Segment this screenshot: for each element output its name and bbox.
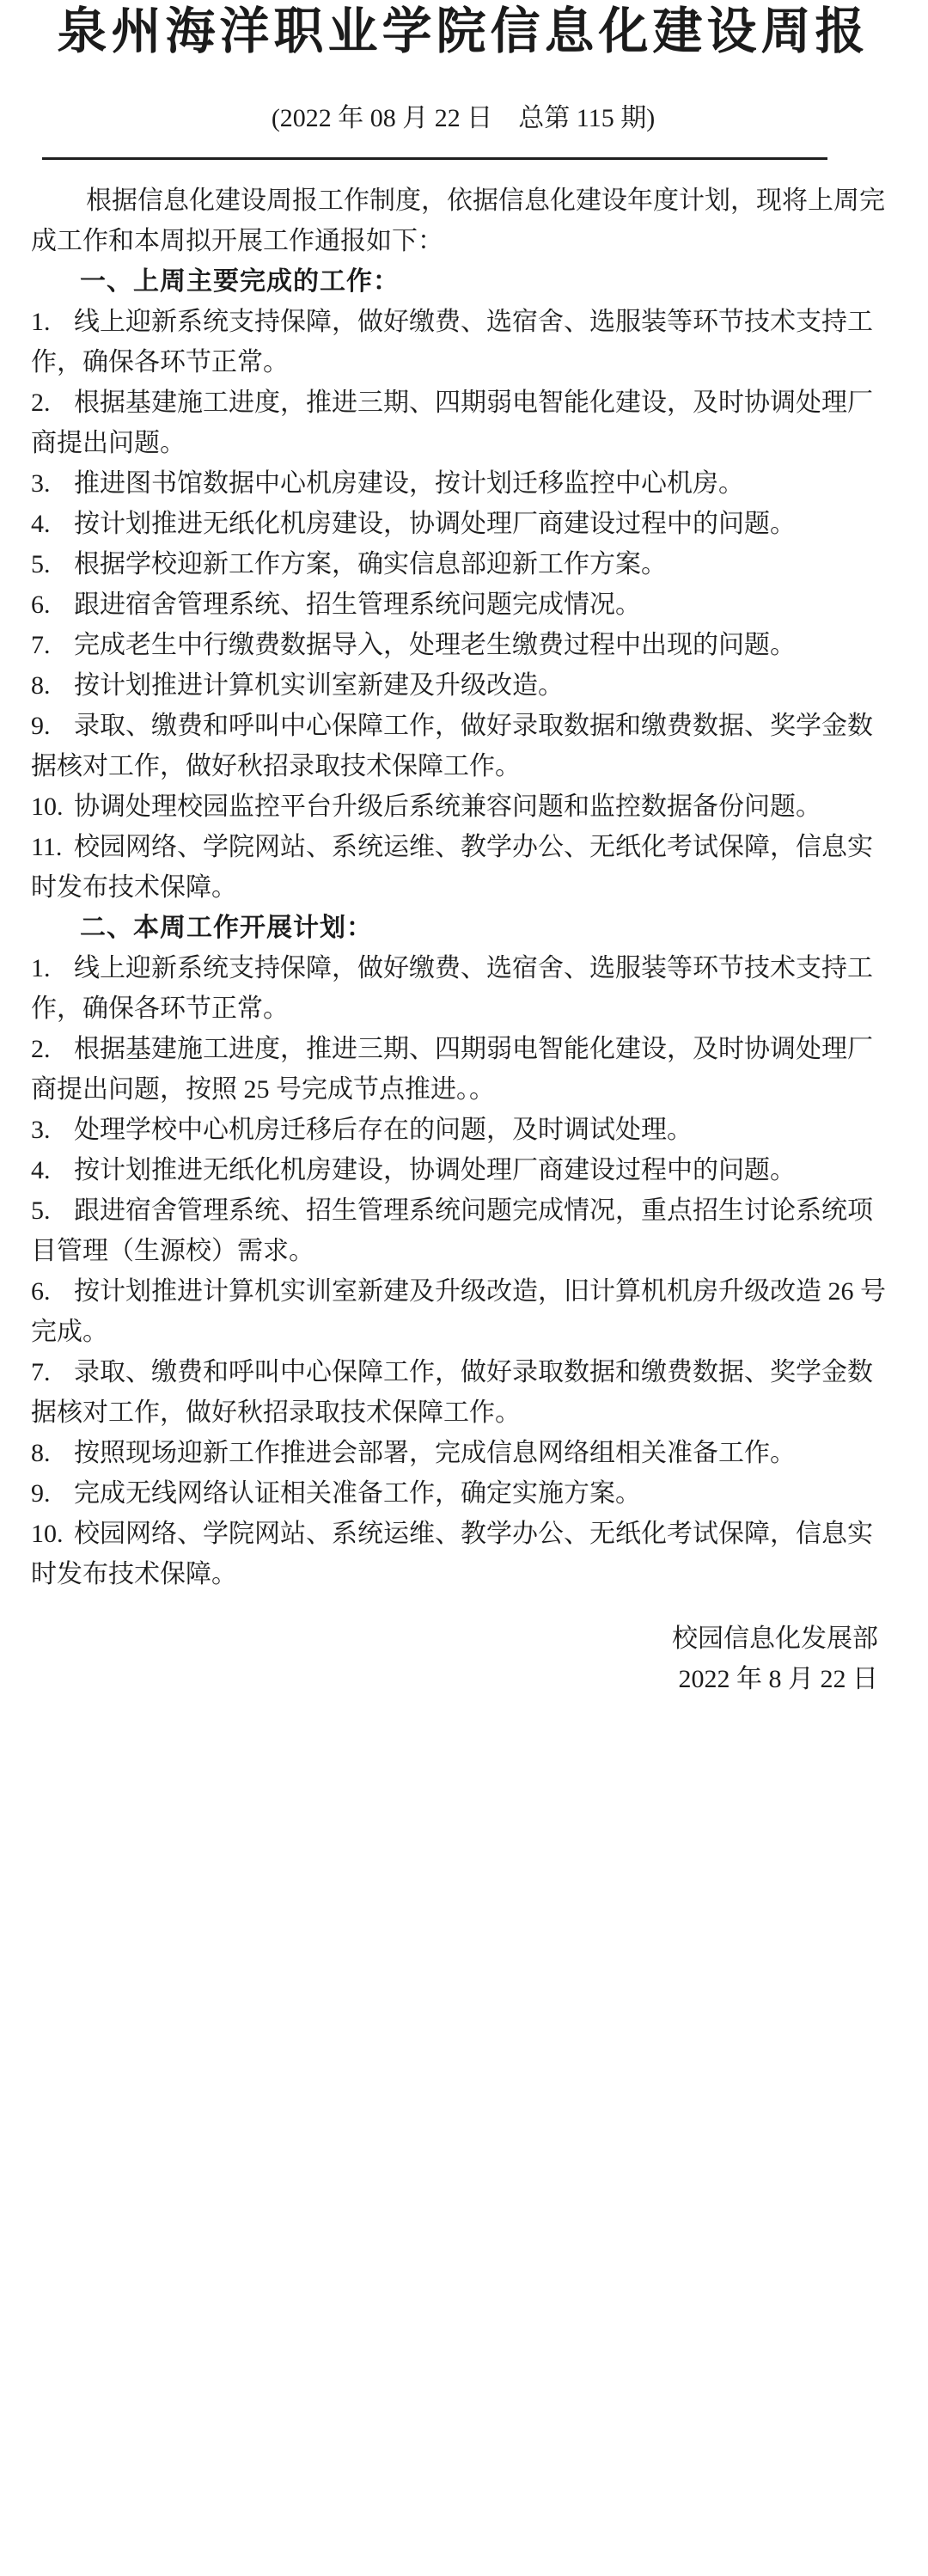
- item-text: 完成老生中行缴费数据导入，处理老生缴费过程中出现的问题。: [74, 631, 796, 659]
- item-number: 5.: [31, 1190, 74, 1231]
- header-divider: [42, 157, 827, 160]
- section1-item-11: 11.校园网络、学院网站、系统运维、教学办公、无纸化考试保障，信息实时发布技术保…: [31, 827, 895, 908]
- section2-item-3: 3.处理学校中心机房迁移后存在的问题，及时调试处理。: [31, 1110, 895, 1150]
- page-title: 泉州海洋职业学院信息化建设周报: [31, 5, 895, 58]
- item-number: 10.: [31, 786, 74, 827]
- item-number: 4.: [31, 1150, 74, 1190]
- item-number: 3.: [31, 463, 74, 504]
- section1-item-8: 8.按计划推进计算机实训室新建及升级改造。: [31, 665, 895, 706]
- section1-item-5: 5.根据学校迎新工作方案，确实信息部迎新工作方案。: [31, 544, 895, 584]
- section2-item-1: 1.线上迎新系统支持保障，做好缴费、选宿舍、选服装等环节技术支持工作，确保各环节…: [31, 948, 895, 1029]
- item-text: 跟进宿舍管理系统、招生管理系统问题完成情况，重点招生讨论系统项目管理（生源校）需…: [31, 1196, 873, 1265]
- item-text: 按计划推进计算机实训室新建及升级改造，旧计算机机房升级改造 26 号完成。: [31, 1277, 886, 1346]
- item-number: 8.: [31, 1433, 74, 1473]
- section1-item-6: 6.跟进宿舍管理系统、招生管理系统问题完成情况。: [31, 584, 895, 625]
- item-number: 7.: [31, 625, 74, 665]
- issue-line: (2022 年 08 月 22 日 总第 115 期): [31, 98, 895, 138]
- signature-block: 校园信息化发展部 2022 年 8 月 22 日: [31, 1618, 895, 1699]
- section1-item-9: 9.录取、缴费和呼叫中心保障工作，做好录取数据和缴费数据、奖学金数据核对工作，做…: [31, 706, 895, 786]
- item-number: 8.: [31, 665, 74, 706]
- section2-item-2: 2.根据基建施工进度，推进三期、四期弱电智能化建设，及时协调处理厂商提出问题，按…: [31, 1029, 895, 1110]
- section2-item-7: 7.录取、缴费和呼叫中心保障工作，做好录取数据和缴费数据、奖学金数据核对工作，做…: [31, 1352, 895, 1433]
- section2-item-10: 10.校园网络、学院网站、系统运维、教学办公、无纸化考试保障，信息实时发布技术保…: [31, 1514, 895, 1594]
- section1-heading: 一、上周主要完成的工作：: [80, 261, 895, 302]
- item-text: 按照现场迎新工作推进会部署，完成信息网络组相关准备工作。: [74, 1439, 796, 1467]
- item-text: 根据学校迎新工作方案，确实信息部迎新工作方案。: [74, 550, 667, 578]
- section1-item-1: 1.线上迎新系统支持保障，做好缴费、选宿舍、选服装等环节技术支持工作，确保各环节…: [31, 302, 895, 382]
- item-number: 7.: [31, 1352, 74, 1392]
- item-text: 按计划推进计算机实训室新建及升级改造。: [74, 671, 564, 700]
- item-number: 5.: [31, 544, 74, 584]
- item-text: 完成无线网络认证相关准备工作，确定实施方案。: [74, 1479, 641, 1508]
- signature-date: 2022 年 8 月 22 日: [31, 1659, 878, 1699]
- item-text: 根据基建施工进度，推进三期、四期弱电智能化建设，及时协调处理厂商提出问题，按照 …: [31, 1035, 873, 1104]
- item-text: 按计划推进无纸化机房建设，协调处理厂商建设过程中的问题。: [74, 1156, 796, 1184]
- section2-item-5: 5.跟进宿舍管理系统、招生管理系统问题完成情况，重点招生讨论系统项目管理（生源校…: [31, 1190, 895, 1271]
- item-text: 录取、缴费和呼叫中心保障工作，做好录取数据和缴费数据、奖学金数据核对工作，做好秋…: [31, 1358, 873, 1427]
- section1-item-3: 3.推进图书馆数据中心机房建设，按计划迁移监控中心机房。: [31, 463, 895, 504]
- item-number: 1.: [31, 948, 74, 988]
- signature-department: 校园信息化发展部: [31, 1618, 878, 1659]
- item-number: 2.: [31, 1029, 74, 1069]
- item-number: 2.: [31, 382, 74, 423]
- section2-item-6: 6.按计划推进计算机实训室新建及升级改造，旧计算机机房升级改造 26 号完成。: [31, 1271, 895, 1352]
- section1-item-7: 7.完成老生中行缴费数据导入，处理老生缴费过程中出现的问题。: [31, 625, 895, 665]
- item-text: 协调处理校园监控平台升级后系统兼容问题和监控数据备份问题。: [74, 792, 821, 821]
- section2-heading: 二、本周工作开展计划：: [80, 908, 895, 948]
- item-number: 11.: [31, 827, 74, 867]
- item-text: 处理学校中心机房迁移后存在的问题，及时调试处理。: [74, 1116, 693, 1144]
- item-text: 根据基建施工进度，推进三期、四期弱电智能化建设，及时协调处理厂商提出问题。: [31, 389, 873, 457]
- item-number: 3.: [31, 1110, 74, 1150]
- section1-item-2: 2.根据基建施工进度，推进三期、四期弱电智能化建设，及时协调处理厂商提出问题。: [31, 382, 895, 463]
- item-number: 1.: [31, 302, 74, 342]
- item-number: 6.: [31, 584, 74, 625]
- item-text: 按计划推进无纸化机房建设，协调处理厂商建设过程中的问题。: [74, 510, 796, 538]
- item-text: 校园网络、学院网站、系统运维、教学办公、无纸化考试保障，信息实时发布技术保障。: [31, 833, 873, 902]
- section2-item-8: 8.按照现场迎新工作推进会部署，完成信息网络组相关准备工作。: [31, 1433, 895, 1473]
- item-text: 跟进宿舍管理系统、招生管理系统问题完成情况。: [74, 590, 641, 619]
- item-number: 6.: [31, 1271, 74, 1312]
- section1-item-10: 10.协调处理校园监控平台升级后系统兼容问题和监控数据备份问题。: [31, 786, 895, 827]
- section2-item-4: 4.按计划推进无纸化机房建设，协调处理厂商建设过程中的问题。: [31, 1150, 895, 1190]
- intro-paragraph: 根据信息化建设周报工作制度，依据信息化建设年度计划，现将上周完成工作和本周拟开展…: [31, 181, 895, 261]
- section2-item-9: 9.完成无线网络认证相关准备工作，确定实施方案。: [31, 1473, 895, 1514]
- item-text: 线上迎新系统支持保障，做好缴费、选宿舍、选服装等环节技术支持工作，确保各环节正常…: [31, 954, 873, 1023]
- item-number: 4.: [31, 504, 74, 544]
- item-text: 线上迎新系统支持保障，做好缴费、选宿舍、选服装等环节技术支持工作，确保各环节正常…: [31, 308, 873, 376]
- item-text: 推进图书馆数据中心机房建设，按计划迁移监控中心机房。: [74, 469, 744, 498]
- item-number: 9.: [31, 706, 74, 746]
- item-text: 录取、缴费和呼叫中心保障工作，做好录取数据和缴费数据、奖学金数据核对工作，做好秋…: [31, 712, 873, 780]
- item-text: 校园网络、学院网站、系统运维、教学办公、无纸化考试保障，信息实时发布技术保障。: [31, 1520, 873, 1588]
- item-number: 9.: [31, 1473, 74, 1514]
- document-page: 泉州海洋职业学院信息化建设周报 (2022 年 08 月 22 日 总第 115…: [0, 0, 928, 2576]
- item-number: 10.: [31, 1514, 74, 1554]
- section1-item-4: 4.按计划推进无纸化机房建设，协调处理厂商建设过程中的问题。: [31, 504, 895, 544]
